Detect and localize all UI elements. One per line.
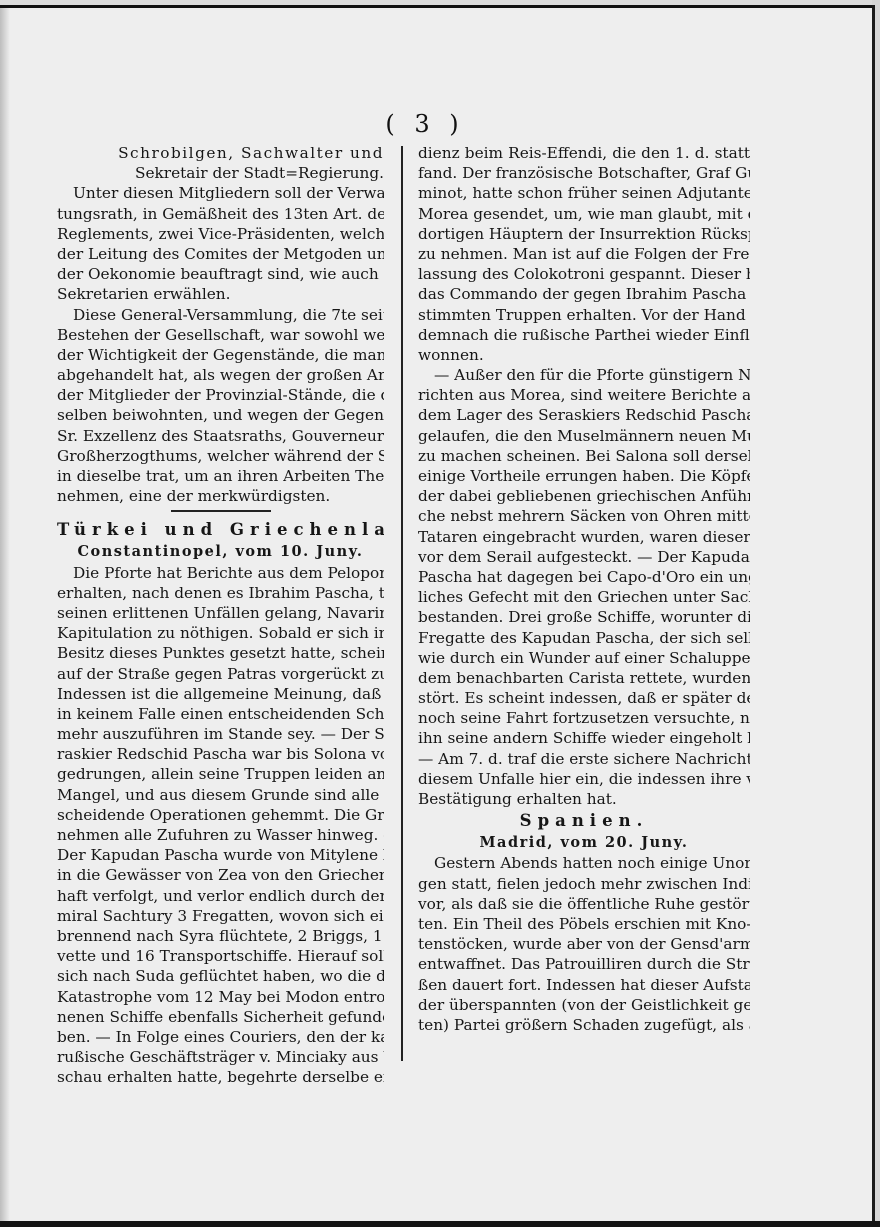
text-line: dem Lager des Seraskiers Redschid Pascha…: [418, 405, 750, 425]
text-line: Kapitulation zu nöthigen. Sobald er sich…: [57, 623, 384, 643]
section-separator: [171, 510, 271, 512]
text-line: in die Gewässer von Zea von den Griechen…: [57, 865, 384, 885]
text-line: wonnen.: [418, 345, 750, 365]
text-line: auf der Straße gegen Patras vorgerückt z…: [57, 664, 384, 684]
text-line: Diese General-Versammlung, die 7te seit …: [57, 305, 384, 325]
text-line: Besitz dieses Punktes gesetzt hatte, sch…: [57, 643, 384, 663]
text-line: raskier Redschid Pascha war bis Solona v…: [57, 744, 384, 764]
text-line: Pascha hat dagegen bei Capo-d'Oro ein un…: [418, 567, 750, 587]
text-line: in keinem Falle einen entscheidenden Sch…: [57, 704, 384, 724]
text-line: vor, als daß sie die öffentliche Ruhe ge…: [418, 894, 750, 914]
page-number: ( 3 ): [370, 110, 480, 138]
text-line: bestanden. Drei große Schiffe, worunter …: [418, 607, 750, 627]
text-line: Bestätigung erhalten hat.: [418, 789, 750, 809]
text-line: dienz beim Reis-Effendi, die den 1. d. s…: [418, 143, 750, 163]
paragraph-verwaltungsrath: Unter diesen Mitgliedern soll der Verwal…: [57, 183, 384, 304]
text-line: dem benachbarten Carista rettete, wurden…: [418, 668, 750, 688]
text-line: Tataren eingebracht wurden, waren dieser…: [418, 527, 750, 547]
text-line: Katastrophe vom 12 May bei Modon entron-: [57, 987, 384, 1007]
paragraph-madrid-unordnungen: Gestern Abends hatten noch einige Unordn…: [418, 853, 750, 1035]
text-line: nenen Schiffe ebenfalls Sicherheit gefun…: [57, 1007, 384, 1027]
paragraph-pforte-berichte: Die Pforte hat Berichte aus dem Peloponn…: [57, 563, 384, 1088]
text-line: fand. Der französische Botschafter, Graf…: [418, 163, 750, 183]
dateline-madrid: Madrid, vom 20. Juny.: [418, 833, 750, 853]
text-line: nehmen, eine der merkwürdigsten.: [57, 486, 384, 506]
text-line: minot, hatte schon früher seinen Adjutan…: [418, 183, 750, 203]
text-line: diesem Unfalle hier ein, die indessen ih…: [418, 769, 750, 789]
scan-shadow-left: [0, 8, 10, 1221]
text-line: ßen dauert fort. Indessen hat dieser Auf…: [418, 975, 750, 995]
paragraph-general-versammlung: Diese General-Versammlung, die 7te seit …: [57, 305, 384, 507]
section-heading-spanien: Spanien.: [418, 809, 750, 833]
left-column: Schrobilgen, Sachwalter und Sekretair de…: [57, 143, 384, 1087]
text-line: zu nehmen. Man ist auf die Folgen der Fr…: [418, 244, 750, 264]
text-line: abgehandelt hat, als wegen der großen An…: [57, 365, 384, 385]
dateline-constantinopel: Constantinopel, vom 10. Juny.: [57, 542, 384, 562]
text-line: Bestehen der Gesellschaft, war sowohl we…: [57, 325, 384, 345]
text-line: der dabei gebliebenen griechischen Anfüh…: [418, 486, 750, 506]
paragraph-audienz: dienz beim Reis-Effendi, die den 1. d. s…: [418, 143, 750, 365]
text-line: ben. — In Folge eines Couriers, den der …: [57, 1027, 384, 1047]
text-line: richten aus Morea, sind weitere Berichte…: [418, 385, 750, 405]
text-line: entwaffnet. Das Patrouilliren durch die …: [418, 954, 750, 974]
text-line: gedrungen, allein seine Truppen leiden a…: [57, 764, 384, 784]
text-line: stimmten Truppen erhalten. Vor der Hand …: [418, 305, 750, 325]
text-line: Der Kapudan Pascha wurde von Mitylene bi…: [57, 845, 384, 865]
text-line: seinen erlittenen Unfällen gelang, Navar…: [57, 603, 384, 623]
text-line: stört. Es scheint indessen, daß er späte…: [418, 688, 750, 708]
signature-line: Schrobilgen, Sachwalter und: [57, 143, 384, 163]
text-line: der Oekonomie beauftragt sind, wie auch …: [57, 264, 384, 284]
text-line: vette und 16 Transportschiffe. Hierauf s…: [57, 946, 384, 966]
text-line: selben beiwohnten, und wegen der Gegenwa…: [57, 405, 384, 425]
text-line: Sr. Exzellenz des Staatsraths, Gouverneu…: [57, 426, 384, 446]
text-line: noch seine Fahrt fortzusetzen versuchte,…: [418, 708, 750, 728]
text-line: nehmen alle Zufuhren zu Wasser hinweg. —: [57, 825, 384, 845]
text-line: Die Pforte hat Berichte aus dem Peloponn…: [57, 563, 384, 583]
text-line: Reglements, zwei Vice-Präsidenten, welch…: [57, 224, 384, 244]
text-line: tungsrath, in Gemäßheit des 13ten Art. d…: [57, 204, 384, 224]
text-line: ten. Ein Theil des Pöbels erschien mit K…: [418, 914, 750, 934]
scan-border-bottom: [0, 1221, 880, 1227]
scan-border-right-line: [872, 5, 875, 1227]
text-line: der Wichtigkeit der Gegenstände, die man…: [57, 345, 384, 365]
text-line: erhalten, nach denen es Ibrahim Pascha, …: [57, 583, 384, 603]
text-line: Gestern Abends hatten noch einige Unordn…: [418, 853, 750, 873]
text-line: Morea gesendet, um, wie man glaubt, mit …: [418, 204, 750, 224]
text-line: der Mitglieder der Provinzial-Stände, di…: [57, 385, 384, 405]
text-line: einige Vortheile errungen haben. Die Köp…: [418, 466, 750, 486]
text-line: — Außer den für die Pforte günstigern Na…: [418, 365, 750, 385]
text-line: dortigen Häuptern der Insurrektion Rücks…: [418, 224, 750, 244]
text-line: tenstöcken, wurde aber von der Gensd'arm…: [418, 934, 750, 954]
text-line: in dieselbe trat, um an ihren Arbeiten T…: [57, 466, 384, 486]
text-line: Mangel, und aus diesem Grunde sind alle …: [57, 785, 384, 805]
text-line: Großherzogthums, welcher während der Sit…: [57, 446, 384, 466]
text-line: ten) Partei größern Schaden zugefügt, al…: [418, 1015, 750, 1035]
text-line: der überspannten (von der Geistlichkeit …: [418, 995, 750, 1015]
text-line: demnach die rußische Parthei wieder Einf…: [418, 325, 750, 345]
text-line: liches Gefecht mit den Griechen unter Sa…: [418, 587, 750, 607]
text-line: miral Sachtury 3 Fregatten, wovon sich e…: [57, 906, 384, 926]
signature-line: Sekretair der Stadt=Regierung.: [57, 163, 384, 183]
right-column: dienz beim Reis-Effendi, die den 1. d. s…: [418, 143, 750, 1035]
text-line: Indessen ist die allgemeine Meinung, daß…: [57, 684, 384, 704]
text-line: rußische Geschäftsträger v. Minciaky aus…: [57, 1047, 384, 1067]
text-line: gen statt, fielen jedoch mehr zwischen I…: [418, 874, 750, 894]
text-line: che nebst mehrern Säcken von Ohren mitte…: [418, 506, 750, 526]
text-line: das Commando der gegen Ibrahim Pascha be…: [418, 284, 750, 304]
column-divider: [401, 146, 403, 1061]
signature-block: Schrobilgen, Sachwalter und Sekretair de…: [57, 143, 384, 183]
text-line: haft verfolgt, und verlor endlich durch …: [57, 886, 384, 906]
text-line: lassung des Colokotroni gespannt. Dieser…: [418, 264, 750, 284]
text-line: brennend nach Syra flüchtete, 2 Briggs, …: [57, 926, 384, 946]
text-line: Fregatte des Kapudan Pascha, der sich se…: [418, 628, 750, 648]
text-line: Sekretarien erwählen.: [57, 284, 384, 304]
paragraph-nachrichten-morea: — Außer den für die Pforte günstigern Na…: [418, 365, 750, 809]
text-line: wie durch ein Wunder auf einer Schaluppe…: [418, 648, 750, 668]
text-line: sich nach Suda geflüchtet haben, wo die …: [57, 966, 384, 986]
text-line: mehr auszuführen im Stande sey. — Der Se…: [57, 724, 384, 744]
text-line: scheidende Operationen gehemmt. Die Grie…: [57, 805, 384, 825]
text-line: Unter diesen Mitgliedern soll der Verwal…: [57, 183, 384, 203]
text-line: zu machen scheinen. Bei Salona soll ders…: [418, 446, 750, 466]
text-line: vor dem Serail aufgesteckt. — Der Kapuda…: [418, 547, 750, 567]
text-line: gelaufen, die den Muselmännern neuen Mut…: [418, 426, 750, 446]
text-line: ihn seine andern Schiffe wieder eingehol…: [418, 728, 750, 748]
text-line: der Leitung des Comites der Metgoden und…: [57, 244, 384, 264]
text-line: — Am 7. d. traf die erste sichere Nachri…: [418, 749, 750, 769]
text-line: schau erhalten hatte, begehrte derselbe …: [57, 1067, 384, 1087]
section-heading-tuerkei: Türkei und Griechenland.: [57, 518, 384, 542]
